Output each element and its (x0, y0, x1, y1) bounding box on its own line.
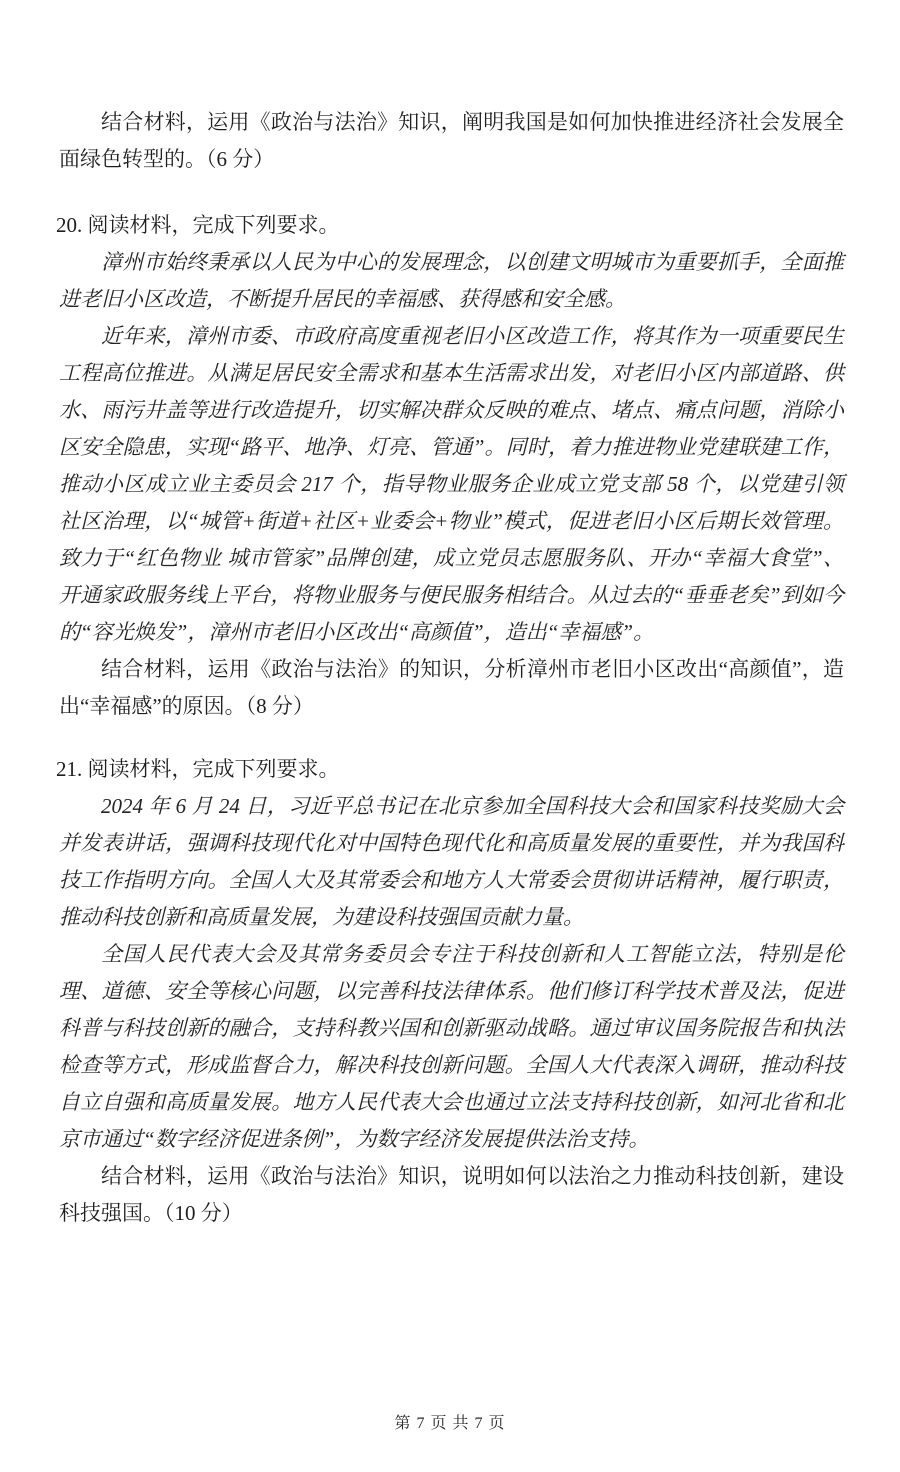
question-19-prompt: 结合材料，运用《政治与法治》知识，阐明我国是如何加快推进经济社会发展全面绿色转型… (59, 104, 844, 178)
question-21-material-paragraph-2: 全国人民代表大会及其常务委员会专注于科技创新和人工智能立法，特别是伦理、道德、安… (59, 936, 844, 1158)
question-21-header: 21. 阅读材料，完成下列要求。 (56, 751, 844, 788)
question-21-prompt: 结合材料，运用《政治与法治》知识，说明如何以法治之力推动科技创新，建设科技强国。… (59, 1158, 844, 1232)
document-page: 结合材料，运用《政治与法治》知识，阐明我国是如何加快推进经济社会发展全面绿色转型… (0, 0, 900, 1472)
question-20-header: 20. 阅读材料，完成下列要求。 (56, 207, 844, 244)
page-content: 结合材料，运用《政治与法治》知识，阐明我国是如何加快推进经济社会发展全面绿色转型… (59, 104, 844, 1232)
page-footer: 第 7 页 共 7 页 (0, 1412, 900, 1436)
question-20-material-paragraph-1: 漳州市始终秉承以人民为中心的发展理念，以创建文明城市为重要抓手，全面推进老旧小区… (59, 244, 844, 318)
question-20-material-paragraph-2: 近年来，漳州市委、市政府高度重视老旧小区改造工作，将其作为一项重要民生工程高位推… (59, 318, 844, 651)
question-20-prompt: 结合材料，运用《政治与法治》的知识，分析漳州市老旧小区改出“高颜值”，造出“幸福… (59, 651, 844, 725)
question-21-material-paragraph-1: 2024 年 6 月 24 日，习近平总书记在北京参加全国科技大会和国家科技奖励… (59, 788, 844, 936)
